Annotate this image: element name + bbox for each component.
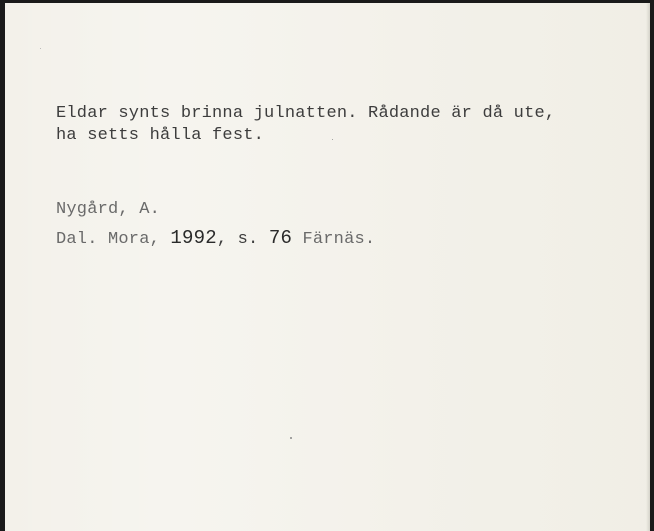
source-reference: Dal. Mora, 1992, s. 76 Färnäs. xyxy=(56,228,375,250)
paper-speck xyxy=(290,437,292,439)
source-author: Nygård, A. xyxy=(56,199,160,220)
archive-index-card: Eldar synts brinna julnatten. Rådande är… xyxy=(5,3,650,531)
source-page-label: , s. xyxy=(217,230,269,249)
source-place: Färnäs. xyxy=(292,230,375,249)
paper-speck xyxy=(332,139,333,140)
paper-speck xyxy=(40,48,41,49)
source-region: Dal. Mora, xyxy=(56,230,170,249)
source-year: 1992 xyxy=(170,227,216,249)
record-text-line-1: Eldar synts brinna julnatten. Rådande är… xyxy=(56,103,555,124)
record-text-line-2: ha setts hålla fest. xyxy=(56,125,264,146)
source-page: 76 xyxy=(269,227,292,249)
